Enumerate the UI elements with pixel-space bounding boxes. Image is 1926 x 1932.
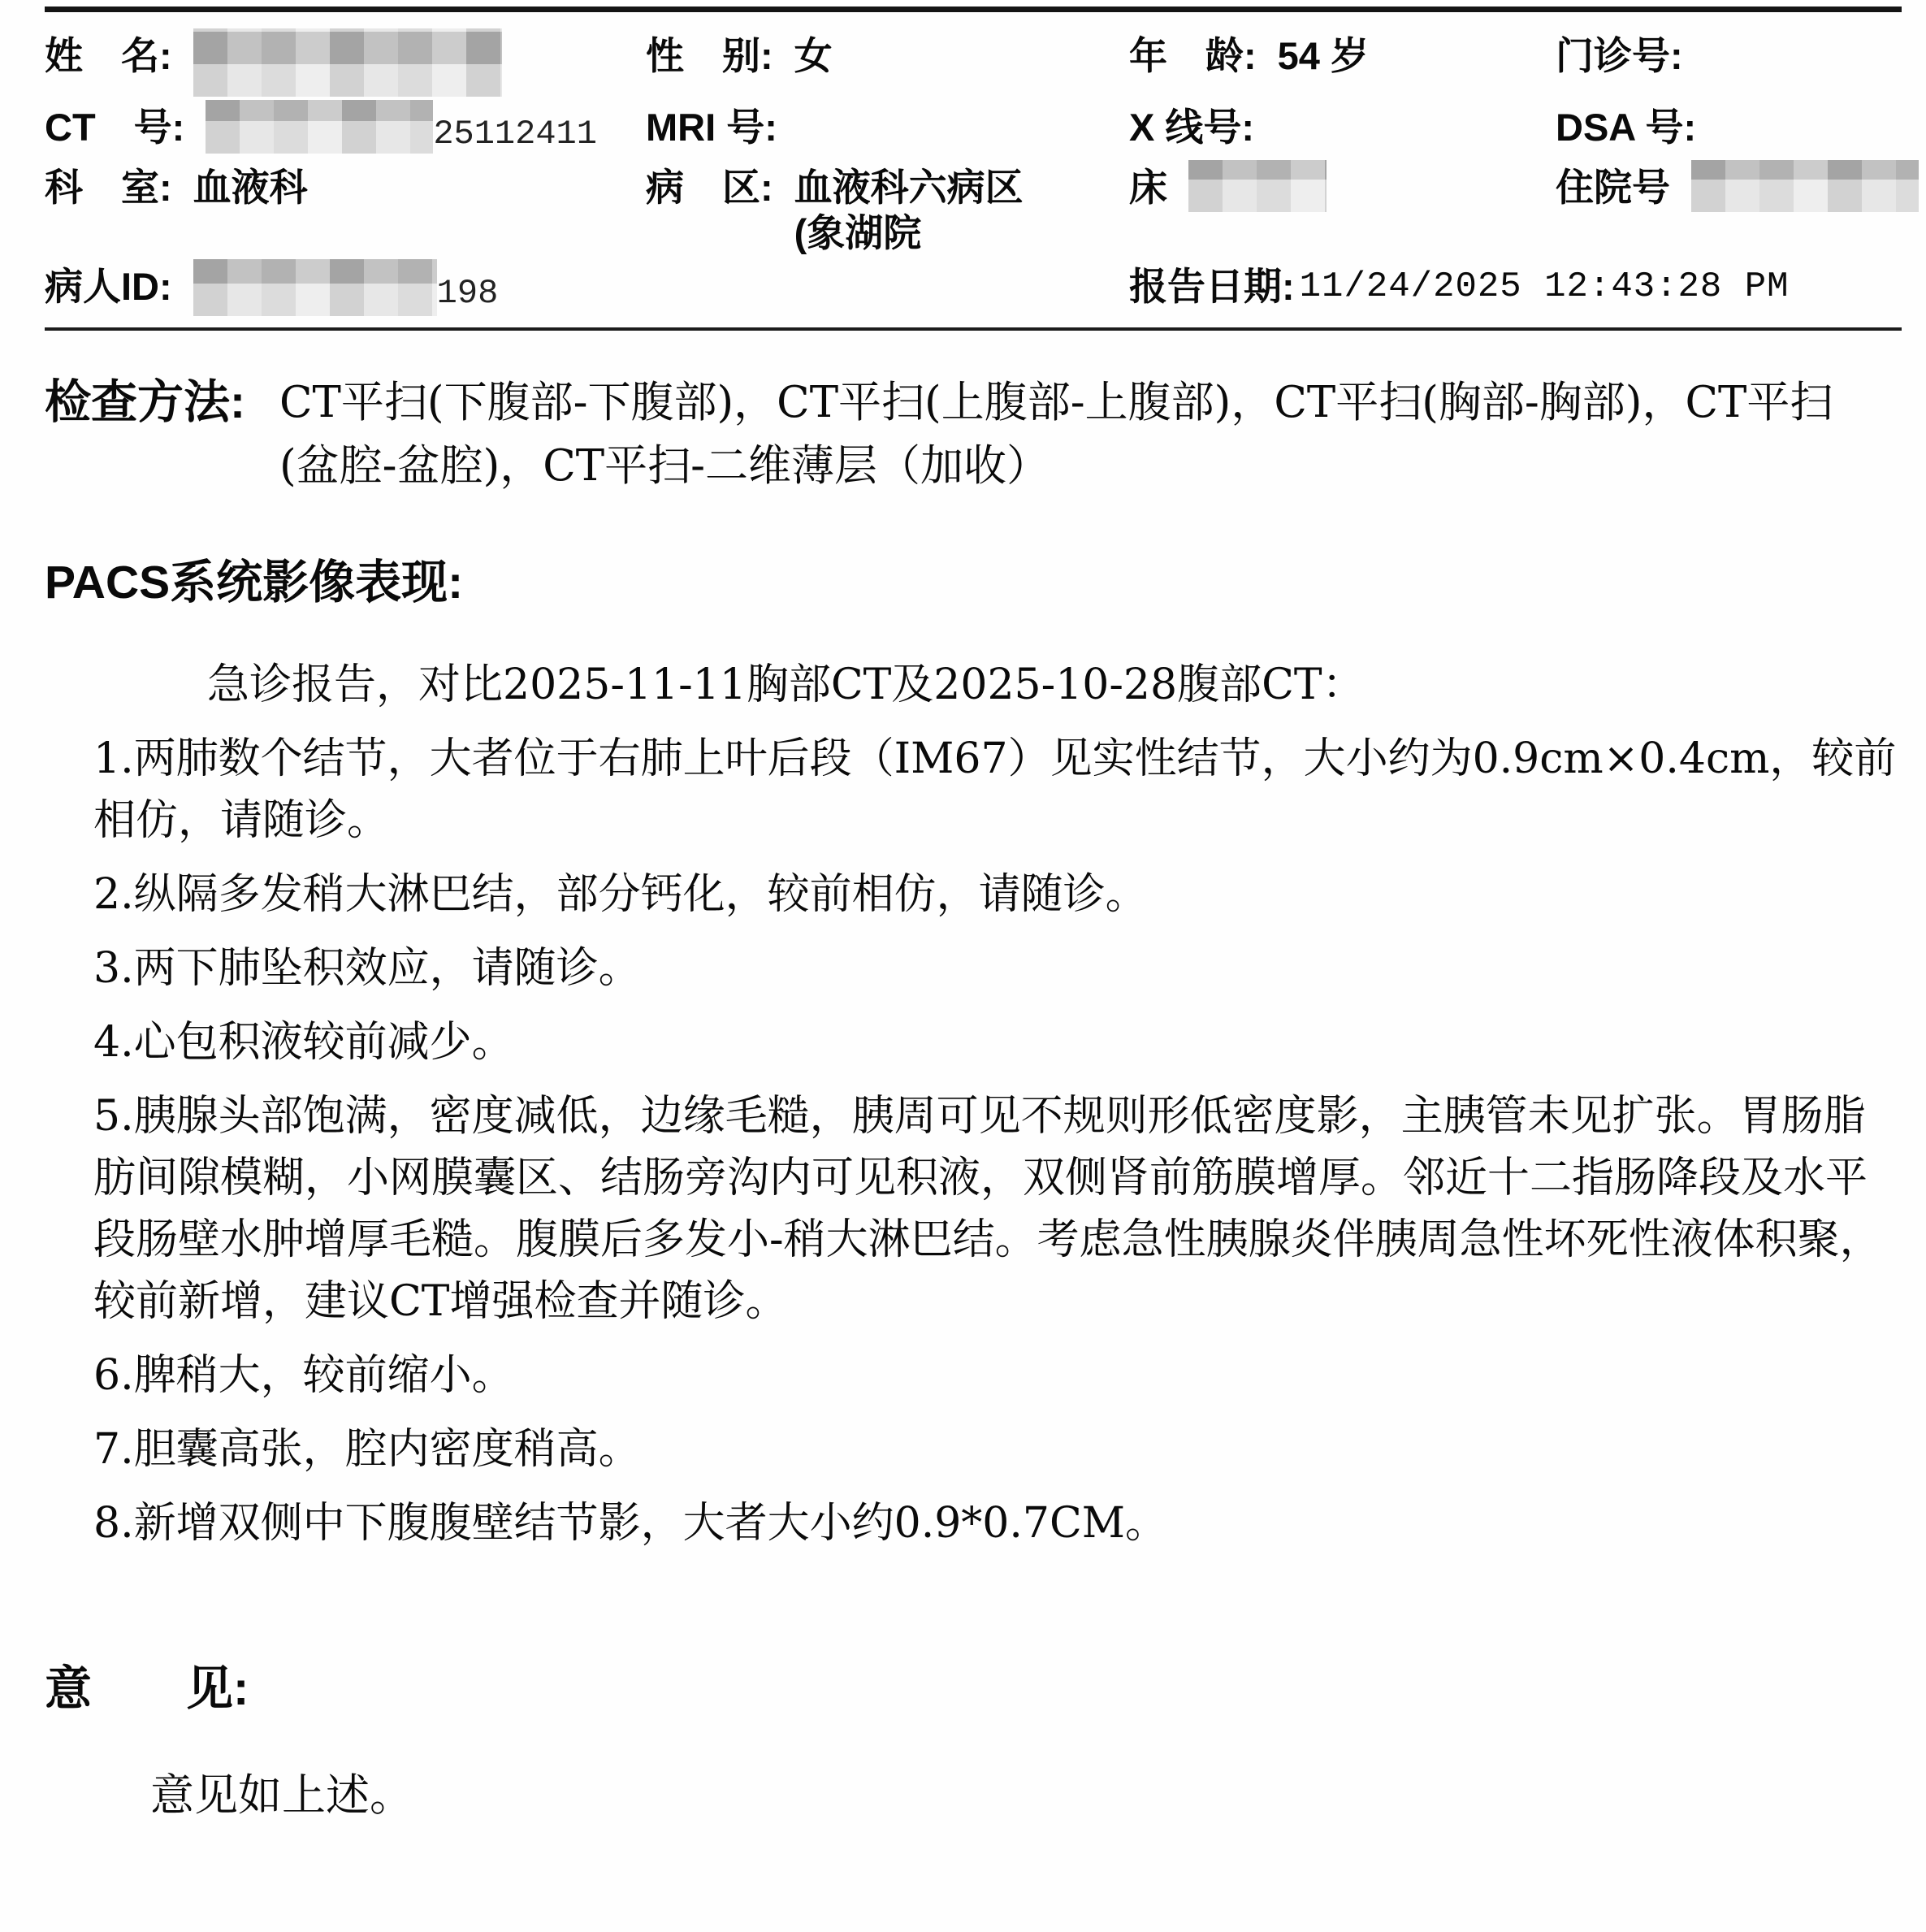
finding-item-3: 3.两下肺坠积效应，请随诊。 bbox=[93, 938, 1897, 999]
redaction-ct-no bbox=[206, 100, 433, 154]
ct-no-value-fragment: 25112411 bbox=[433, 111, 597, 157]
xray-no-label: X 线号: bbox=[1129, 105, 1254, 150]
exam-method-value: CT平扫(下腹部-下腹部)，CT平扫(上腹部-上腹部)，CT平扫(胸部-胸部)，… bbox=[279, 371, 1847, 498]
findings-intro: 急诊报告，对比2025-11-11胸部CT及2025-10-28腹部CT： bbox=[93, 654, 1897, 716]
ct-no-label: CT 号: bbox=[45, 105, 184, 150]
admission-no-label: 住院号 bbox=[1556, 165, 1670, 210]
header-divider bbox=[45, 327, 1902, 331]
pacs-findings-body: 急诊报告，对比2025-11-11胸部CT及2025-10-28腹部CT： 1.… bbox=[45, 654, 1897, 1554]
field-outpatient-no: 门诊号: bbox=[1556, 33, 1919, 97]
gender-value: 女 bbox=[794, 33, 833, 79]
field-report-date: 报告日期: 11/24/2025 12:43:28 PM bbox=[1129, 264, 1919, 316]
report-date-label: 报告日期: bbox=[1129, 264, 1295, 310]
finding-item-2: 2.纵隔多发稍大淋巴结，部分钙化，较前相仿，请随诊。 bbox=[93, 864, 1897, 925]
patient-info-header: 姓 名: 性 别: 女 年 龄: 54 岁 门诊号: CT 号: 2511241… bbox=[45, 33, 1902, 316]
field-ward: 病 区: 血液科六病区(象湖院 bbox=[646, 165, 1129, 256]
finding-item-4: 4.心包积液较前减少。 bbox=[93, 1011, 1897, 1073]
pacs-findings-heading: PACS系统影像表现: bbox=[45, 545, 1902, 612]
field-department: 科 室: 血液科 bbox=[45, 165, 646, 256]
finding-item-8: 8.新增双侧中下腹腹壁结节影，大者大小约0.9*0.7CM。 bbox=[93, 1492, 1897, 1554]
age-label: 年 龄: bbox=[1129, 33, 1257, 79]
outpatient-no-label: 门诊号: bbox=[1556, 33, 1683, 79]
field-name: 姓 名: bbox=[45, 33, 646, 97]
ward-value: 血液科六病区(象湖院 bbox=[794, 165, 1030, 256]
field-gender: 性 别: 女 bbox=[646, 33, 1129, 97]
finding-item-7: 7.胆囊高张，腔内密度稍高。 bbox=[93, 1419, 1897, 1480]
name-label: 姓 名: bbox=[45, 33, 172, 79]
redaction-patient-id bbox=[193, 259, 437, 316]
field-patient-id: 病人ID: 198 bbox=[45, 264, 1129, 316]
field-mri-no: MRI 号: bbox=[646, 105, 1129, 157]
age-value: 54 岁 bbox=[1278, 33, 1369, 79]
field-xray-no: X 线号: bbox=[1129, 105, 1556, 157]
bed-label: 床 bbox=[1129, 165, 1167, 210]
mri-no-label: MRI 号: bbox=[646, 105, 777, 150]
department-label: 科 室: bbox=[45, 165, 172, 210]
finding-item-5: 5.胰腺头部饱满，密度减低，边缘毛糙，胰周可见不规则形低密度影，主胰管未见扩张。… bbox=[93, 1085, 1897, 1332]
finding-item-6: 6.脾稍大，较前缩小。 bbox=[93, 1345, 1897, 1406]
gender-label: 性 别: bbox=[646, 33, 773, 79]
redaction-bed bbox=[1188, 160, 1327, 212]
dsa-no-label: DSA 号: bbox=[1556, 105, 1696, 150]
top-divider bbox=[45, 6, 1902, 12]
field-age: 年 龄: 54 岁 bbox=[1129, 33, 1556, 97]
opinion-heading: 意 见: bbox=[45, 1650, 1902, 1718]
exam-method-label: 检查方法: bbox=[45, 371, 245, 433]
field-dsa-no: DSA 号: bbox=[1556, 105, 1919, 157]
ct-report-page: 姓 名: 性 别: 女 年 龄: 54 岁 门诊号: CT 号: 2511241… bbox=[0, 0, 1926, 1932]
opinion-body: 意见如上述。 bbox=[45, 1761, 1902, 1823]
field-bed: 床 bbox=[1129, 165, 1556, 256]
patient-id-label: 病人ID: bbox=[45, 264, 172, 310]
ward-label: 病 区: bbox=[646, 165, 773, 210]
patient-id-value-fragment: 198 bbox=[437, 271, 499, 316]
finding-item-1: 1.两肺数个结节，大者位于右肺上叶后段（IM67）见实性结节，大小约为0.9cm… bbox=[93, 728, 1897, 851]
field-ct-no: CT 号: 25112411 bbox=[45, 105, 646, 157]
report-date-value: 11/24/2025 12:43:28 PM bbox=[1300, 264, 1790, 310]
exam-method-section: 检查方法: CT平扫(下腹部-下腹部)，CT平扫(上腹部-上腹部)，CT平扫(胸… bbox=[45, 371, 1902, 498]
department-value: 血液科 bbox=[193, 165, 308, 210]
field-admission-no: 住院号 bbox=[1556, 165, 1919, 256]
redaction-admission-no bbox=[1691, 160, 1919, 212]
redaction-name bbox=[193, 28, 502, 97]
